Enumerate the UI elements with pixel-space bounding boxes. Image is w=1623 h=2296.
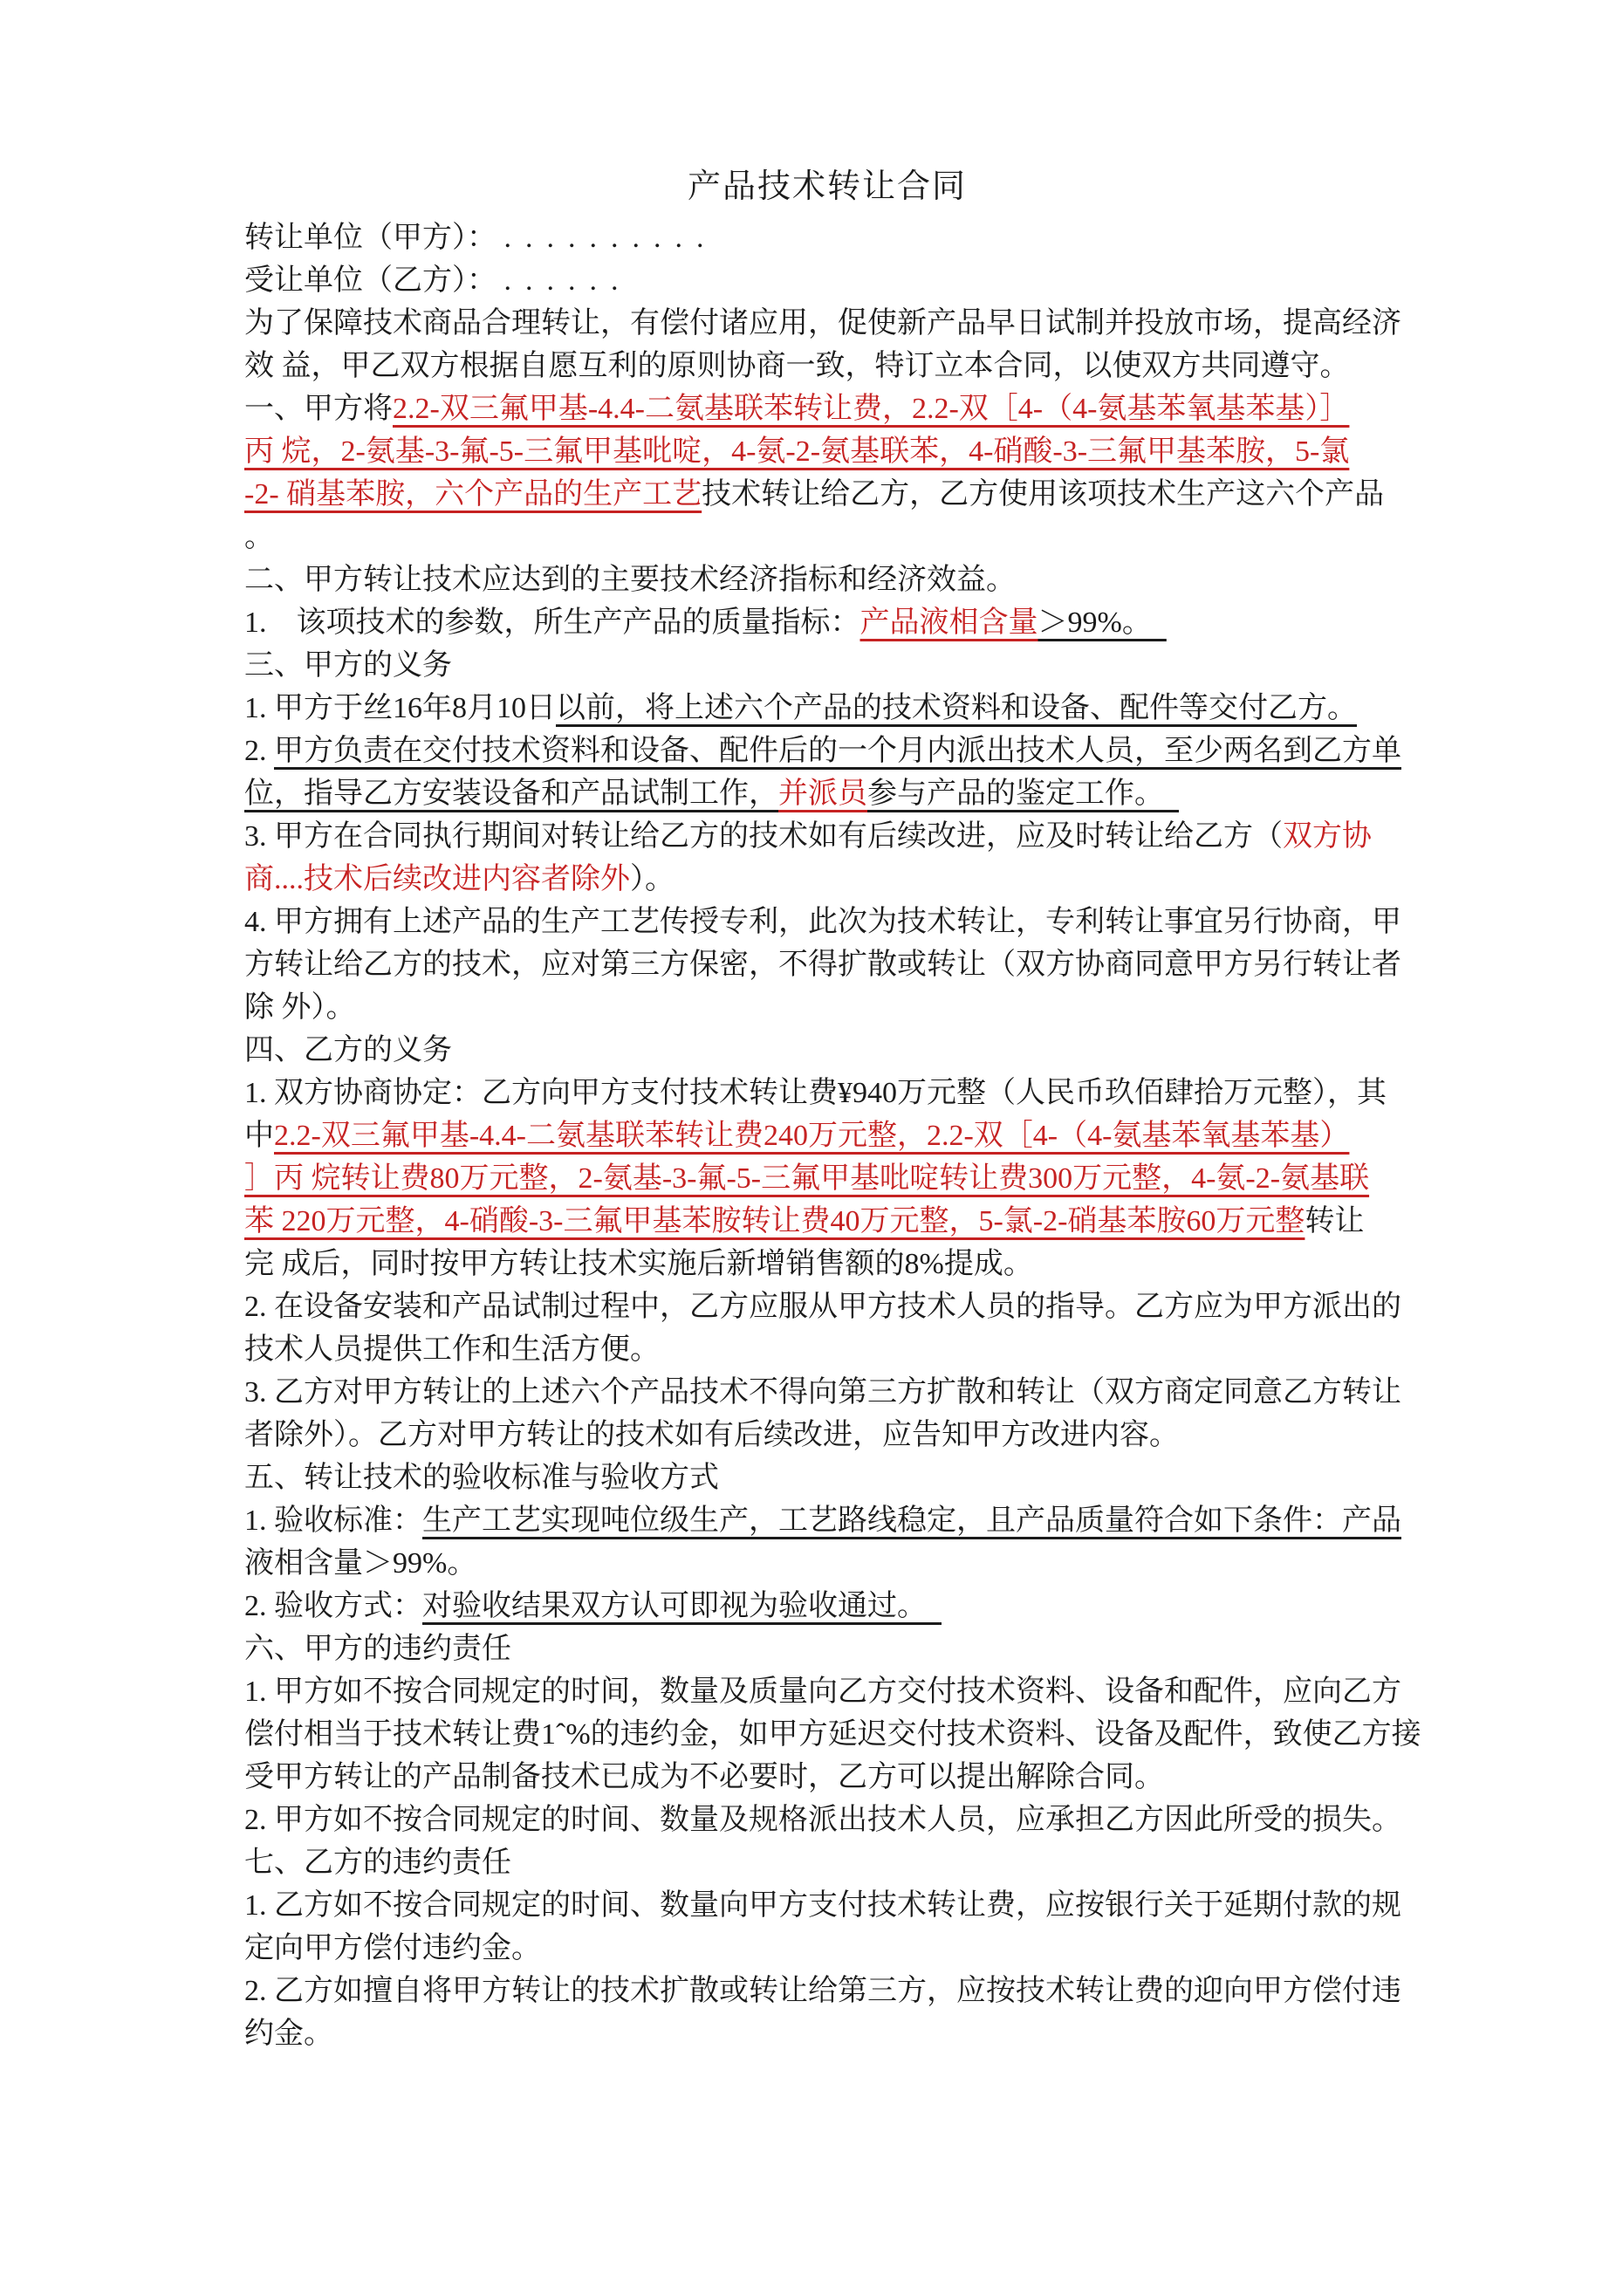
document-title: 产品技术转让合同: [244, 166, 1410, 209]
text-segment: 2. 验收方式：: [244, 1590, 422, 1622]
text-segment: 效 益，甲乙双方根据自愿互利的原则协商一致，特订立本合同，以使双方共同遵守。: [244, 350, 1350, 382]
text-segment: 1. 甲方如不按合同规定的时间，数量及质量向乙方交付技术资料、设备和配件，应向乙…: [244, 1676, 1401, 1708]
text-segment: -2- 硝基苯胺，六个产品的生产工艺: [244, 478, 702, 511]
contract-line: 1. 验收标准：生产工艺实现吨位级生产，工艺路线稳定，且产品质量符合如下条件：产…: [244, 1499, 1448, 1542]
contract-line: 2. 甲方如不按合同规定的时间、数量及规格派出技术人员，应承担乙方因此所受的损失…: [244, 1799, 1448, 1841]
contract-line: 商....技术后续改进内容者除外）。: [244, 858, 1448, 901]
text-segment: 定向甲方偿付违约金。: [244, 1932, 541, 1964]
text-segment: 对验收结果双方认可即视为验收通过。: [422, 1590, 942, 1622]
contract-line: 1. 乙方如不按合同规定的时间、数量向甲方支付技术转让费，应按银行关于延期付款的…: [244, 1884, 1448, 1927]
text-segment: 者除外）。乙方对甲方转让的技术如有后续改进，应告知甲方改进内容。: [244, 1419, 1179, 1451]
contract-line: 偿付相当于技术转让费1ˆ%的违约金，如甲方延迟交付技术资料、设备及配件，致使乙方…: [244, 1713, 1448, 1756]
text-segment: 并派员: [778, 778, 867, 810]
text-segment: 商....技术后续改进内容者除外: [244, 863, 630, 895]
contract-line: 受让单位（乙方）： ......: [244, 259, 1448, 302]
text-segment: 4. 甲方拥有上述产品的生产工艺传授专利，此次为技术转让，专利转让事宜另行协商，…: [244, 906, 1401, 938]
text-segment: 约金。: [244, 2018, 333, 2050]
text-segment: 受甲方转让的产品制备技术已成为不必要时，乙方可以提出解除合同。: [244, 1761, 1164, 1793]
text-segment: 中: [244, 1120, 274, 1152]
contract-line: 2. 乙方如擅自将甲方转让的技术扩散或转让给第三方，应按技术转让费的迎向甲方偿付…: [244, 1970, 1448, 2012]
text-segment: 一、甲方将: [244, 393, 393, 425]
contract-line: 丙 烷，2-氨基-3-氟-5-三氟甲基吡啶，4-氨-2-氨基联苯，4-硝酸-3-…: [244, 430, 1448, 473]
contract-line: 3. 乙方对甲方转让的上述六个产品技术不得向第三方扩散和转让（双方商定同意乙方转…: [244, 1371, 1448, 1414]
contract-line: 2. 甲方负责在交付技术资料和设备、配件后的一个月内派出技术人员，至少两名到乙方…: [244, 730, 1448, 772]
text-segment: 受让单位（乙方）：: [244, 264, 504, 297]
contract-line: 方转让给乙方的技术，应对第三方保密，不得扩散或转让（双方协商同意甲方另行转让者: [244, 943, 1448, 986]
text-segment: 方转让给乙方的技术，应对第三方保密，不得扩散或转让（双方协商同意甲方另行转让者: [244, 949, 1401, 981]
text-segment: 2.: [244, 735, 274, 767]
text-segment: 。: [244, 521, 274, 553]
text-segment: 转让: [1305, 1205, 1364, 1237]
contract-line: 1. 该项技术的参数，所生产产品的质量指标：产品液相含量＞99%。: [244, 601, 1448, 644]
text-segment: 参与产品的鉴定工作。: [867, 778, 1179, 810]
text-segment: 完 成后，同时按甲方转让技术实施后新增销售额的8%提成。: [244, 1248, 1033, 1280]
text-segment: ＞99%。: [1038, 607, 1167, 639]
contract-line: 三、甲方的义务: [244, 644, 1448, 687]
contract-line: 定向甲方偿付违约金。: [244, 1927, 1448, 1970]
text-segment: 位，指导乙方安装设备和产品试制工作，: [244, 778, 778, 810]
contract-line: 除 外）。: [244, 986, 1448, 1029]
text-segment: 生产工艺实现吨位级生产，工艺路线稳定，且产品质量符合如下条件：产品: [422, 1504, 1401, 1537]
contract-line: 效 益，甲乙双方根据自愿互利的原则协商一致，特订立本合同，以使双方共同遵守。: [244, 345, 1448, 387]
contract-line: 六、甲方的违约责任: [244, 1628, 1448, 1670]
text-segment: 五、转让技术的验收标准与验收方式: [244, 1462, 719, 1494]
contract-body: 转让单位（甲方）： ..........受让单位（乙方）： ......为了保障…: [244, 216, 1448, 2055]
contract-line: 四、乙方的义务: [244, 1029, 1448, 1072]
text-segment: 四、乙方的义务: [244, 1034, 452, 1066]
text-segment: 2. 乙方如擅自将甲方转让的技术扩散或转让给第三方，应按技术转让费的迎向甲方偿付…: [244, 1975, 1401, 2007]
contract-line: 一、甲方将2.2-双三氟甲基-4.4-二氨基联苯转让费，2.2-双［4-（4-氨…: [244, 387, 1448, 430]
contract-line: ］丙 烷转让费80万元整，2-氨基-3-氟-5-三氟甲基吡啶转让费300万元整，…: [244, 1157, 1448, 1200]
text-segment: 除 外）。: [244, 991, 356, 1024]
text-segment: 甲方负责在交付技术资料和设备、配件后的一个月内派出技术人员，至少两名到乙方单: [274, 735, 1401, 767]
text-segment: 七、乙方的违约责任: [244, 1847, 511, 1879]
contract-line: 五、转让技术的验收标准与验收方式: [244, 1456, 1448, 1499]
text-segment: 转让单位（甲方）：: [244, 222, 504, 254]
contract-line: 转让单位（甲方）： ..........: [244, 216, 1448, 259]
text-segment: 产品液相含量: [860, 607, 1038, 639]
text-segment: 液相含量＞99%。: [244, 1547, 476, 1580]
text-segment: 2. 在设备安装和产品试制过程中，乙方应服从甲方技术人员的指导。乙方应为甲方派出…: [244, 1291, 1401, 1323]
contract-line: 二、甲方转让技术应达到的主要技术经济指标和经济效益。: [244, 559, 1448, 601]
contract-line: 。: [244, 516, 1448, 559]
contract-line: 1. 甲方如不按合同规定的时间，数量及质量向乙方交付技术资料、设备和配件，应向乙…: [244, 1670, 1448, 1713]
text-segment: 二、甲方转让技术应达到的主要技术经济指标和经济效益。: [244, 564, 1016, 596]
text-segment: ）。: [630, 863, 675, 895]
contract-line: 2. 在设备安装和产品试制过程中，乙方应服从甲方技术人员的指导。乙方应为甲方派出…: [244, 1285, 1448, 1328]
contract-line: 技术人员提供工作和生活方便。: [244, 1328, 1448, 1371]
contract-page: 产品技术转让合同 转让单位（甲方）： ..........受让单位（乙方）： .…: [0, 0, 1623, 2296]
text-segment: 以前，将上述六个产品的技术资料和设备、配件等交付乙方。: [556, 692, 1357, 724]
text-segment: 1. 甲方于丝16年8月10日: [244, 692, 556, 724]
text-segment: 1. 双方协商协定：乙方向甲方支付技术转让费¥940万元整（人民币玖佰肆拾万元整…: [244, 1077, 1387, 1109]
text-segment: 技术转让给乙方，乙方使用该项技术生产这六个产品: [702, 478, 1384, 511]
contract-line: 七、乙方的违约责任: [244, 1841, 1448, 1884]
contract-line: 3. 甲方在合同执行期间对转让给乙方的技术如有后续改进，应及时转让给乙方（双方协: [244, 815, 1448, 858]
contract-line: 1. 甲方于丝16年8月10日以前，将上述六个产品的技术资料和设备、配件等交付乙…: [244, 687, 1448, 730]
contract-line: 液相含量＞99%。: [244, 1542, 1448, 1585]
text-segment: ......: [504, 264, 633, 297]
text-segment: 苯 220万元整，4-硝酸-3-三氟甲基苯胺转让费40万元整，5-氯-2-硝基苯…: [244, 1205, 1305, 1237]
text-segment: ］丙 烷转让费80万元整，2-氨基-3-氟-5-三氟甲基吡啶转让费300万元整，…: [244, 1162, 1369, 1195]
contract-line: 完 成后，同时按甲方转让技术实施后新增销售额的8%提成。: [244, 1243, 1448, 1285]
text-segment: 偿付相当于技术转让费1ˆ%的违约金，如甲方延迟交付技术资料、设备及配件，致使乙方…: [244, 1718, 1421, 1751]
text-segment: 3. 甲方在合同执行期间对转让给乙方的技术如有后续改进，应及时转让给乙方（: [244, 820, 1283, 853]
contract-line: -2- 硝基苯胺，六个产品的生产工艺技术转让给乙方，乙方使用该项技术生产这六个产…: [244, 473, 1448, 516]
contract-line: 1. 双方协商协定：乙方向甲方支付技术转让费¥940万元整（人民币玖佰肆拾万元整…: [244, 1072, 1448, 1114]
text-segment: 2. 甲方如不按合同规定的时间、数量及规格派出技术人员，应承担乙方因此所受的损失…: [244, 1804, 1401, 1836]
text-segment: 2.2-双三氟甲基-4.4-二氨基联苯转让费，2.2-双［4-（4-氨基苯氧基苯…: [393, 393, 1349, 425]
contract-line: 苯 220万元整，4-硝酸-3-三氟甲基苯胺转让费40万元整，5-氯-2-硝基苯…: [244, 1200, 1448, 1243]
contract-line: 为了保障技术商品合理转让，有偿付诸应用，促使新产品早日试制并投放市场，提高经济: [244, 302, 1448, 345]
text-segment: 三、甲方的义务: [244, 649, 452, 682]
contract-line: 受甲方转让的产品制备技术已成为不必要时，乙方可以提出解除合同。: [244, 1756, 1448, 1799]
text-segment: 1. 验收标准：: [244, 1504, 422, 1537]
text-segment: 3. 乙方对甲方转让的上述六个产品技术不得向第三方扩散和转让（双方商定同意乙方转…: [244, 1376, 1401, 1408]
contract-line: 中2.2-双三氟甲基-4.4-二氨基联苯转让费240万元整，2.2-双［4-（4…: [244, 1114, 1448, 1157]
text-segment: ..........: [504, 222, 718, 254]
text-segment: 2.2-双三氟甲基-4.4-二氨基联苯转让费240万元整，2.2-双［4-（4-…: [274, 1120, 1349, 1152]
text-segment: 1. 该项技术的参数，所生产产品的质量指标：: [244, 607, 860, 639]
text-segment: 1. 乙方如不按合同规定的时间、数量向甲方支付技术转让费，应按银行关于延期付款的…: [244, 1889, 1401, 1922]
text-segment: 技术人员提供工作和生活方便。: [244, 1333, 660, 1366]
contract-line: 2. 验收方式：对验收结果双方认可即视为验收通过。: [244, 1585, 1448, 1628]
text-segment: 六、甲方的违约责任: [244, 1633, 511, 1665]
text-segment: 丙 烷，2-氨基-3-氟-5-三氟甲基吡啶，4-氨-2-氨基联苯，4-硝酸-3-…: [244, 435, 1349, 468]
text-segment: 为了保障技术商品合理转让，有偿付诸应用，促使新产品早日试制并投放市场，提高经济: [244, 307, 1401, 339]
contract-line: 者除外）。乙方对甲方转让的技术如有后续改进，应告知甲方改进内容。: [244, 1414, 1448, 1456]
contract-line: 约金。: [244, 2012, 1448, 2055]
contract-line: 4. 甲方拥有上述产品的生产工艺传授专利，此次为技术转让，专利转让事宜另行协商，…: [244, 901, 1448, 943]
contract-line: 位，指导乙方安装设备和产品试制工作，并派员参与产品的鉴定工作。: [244, 772, 1448, 815]
text-segment: 双方协: [1283, 820, 1372, 853]
